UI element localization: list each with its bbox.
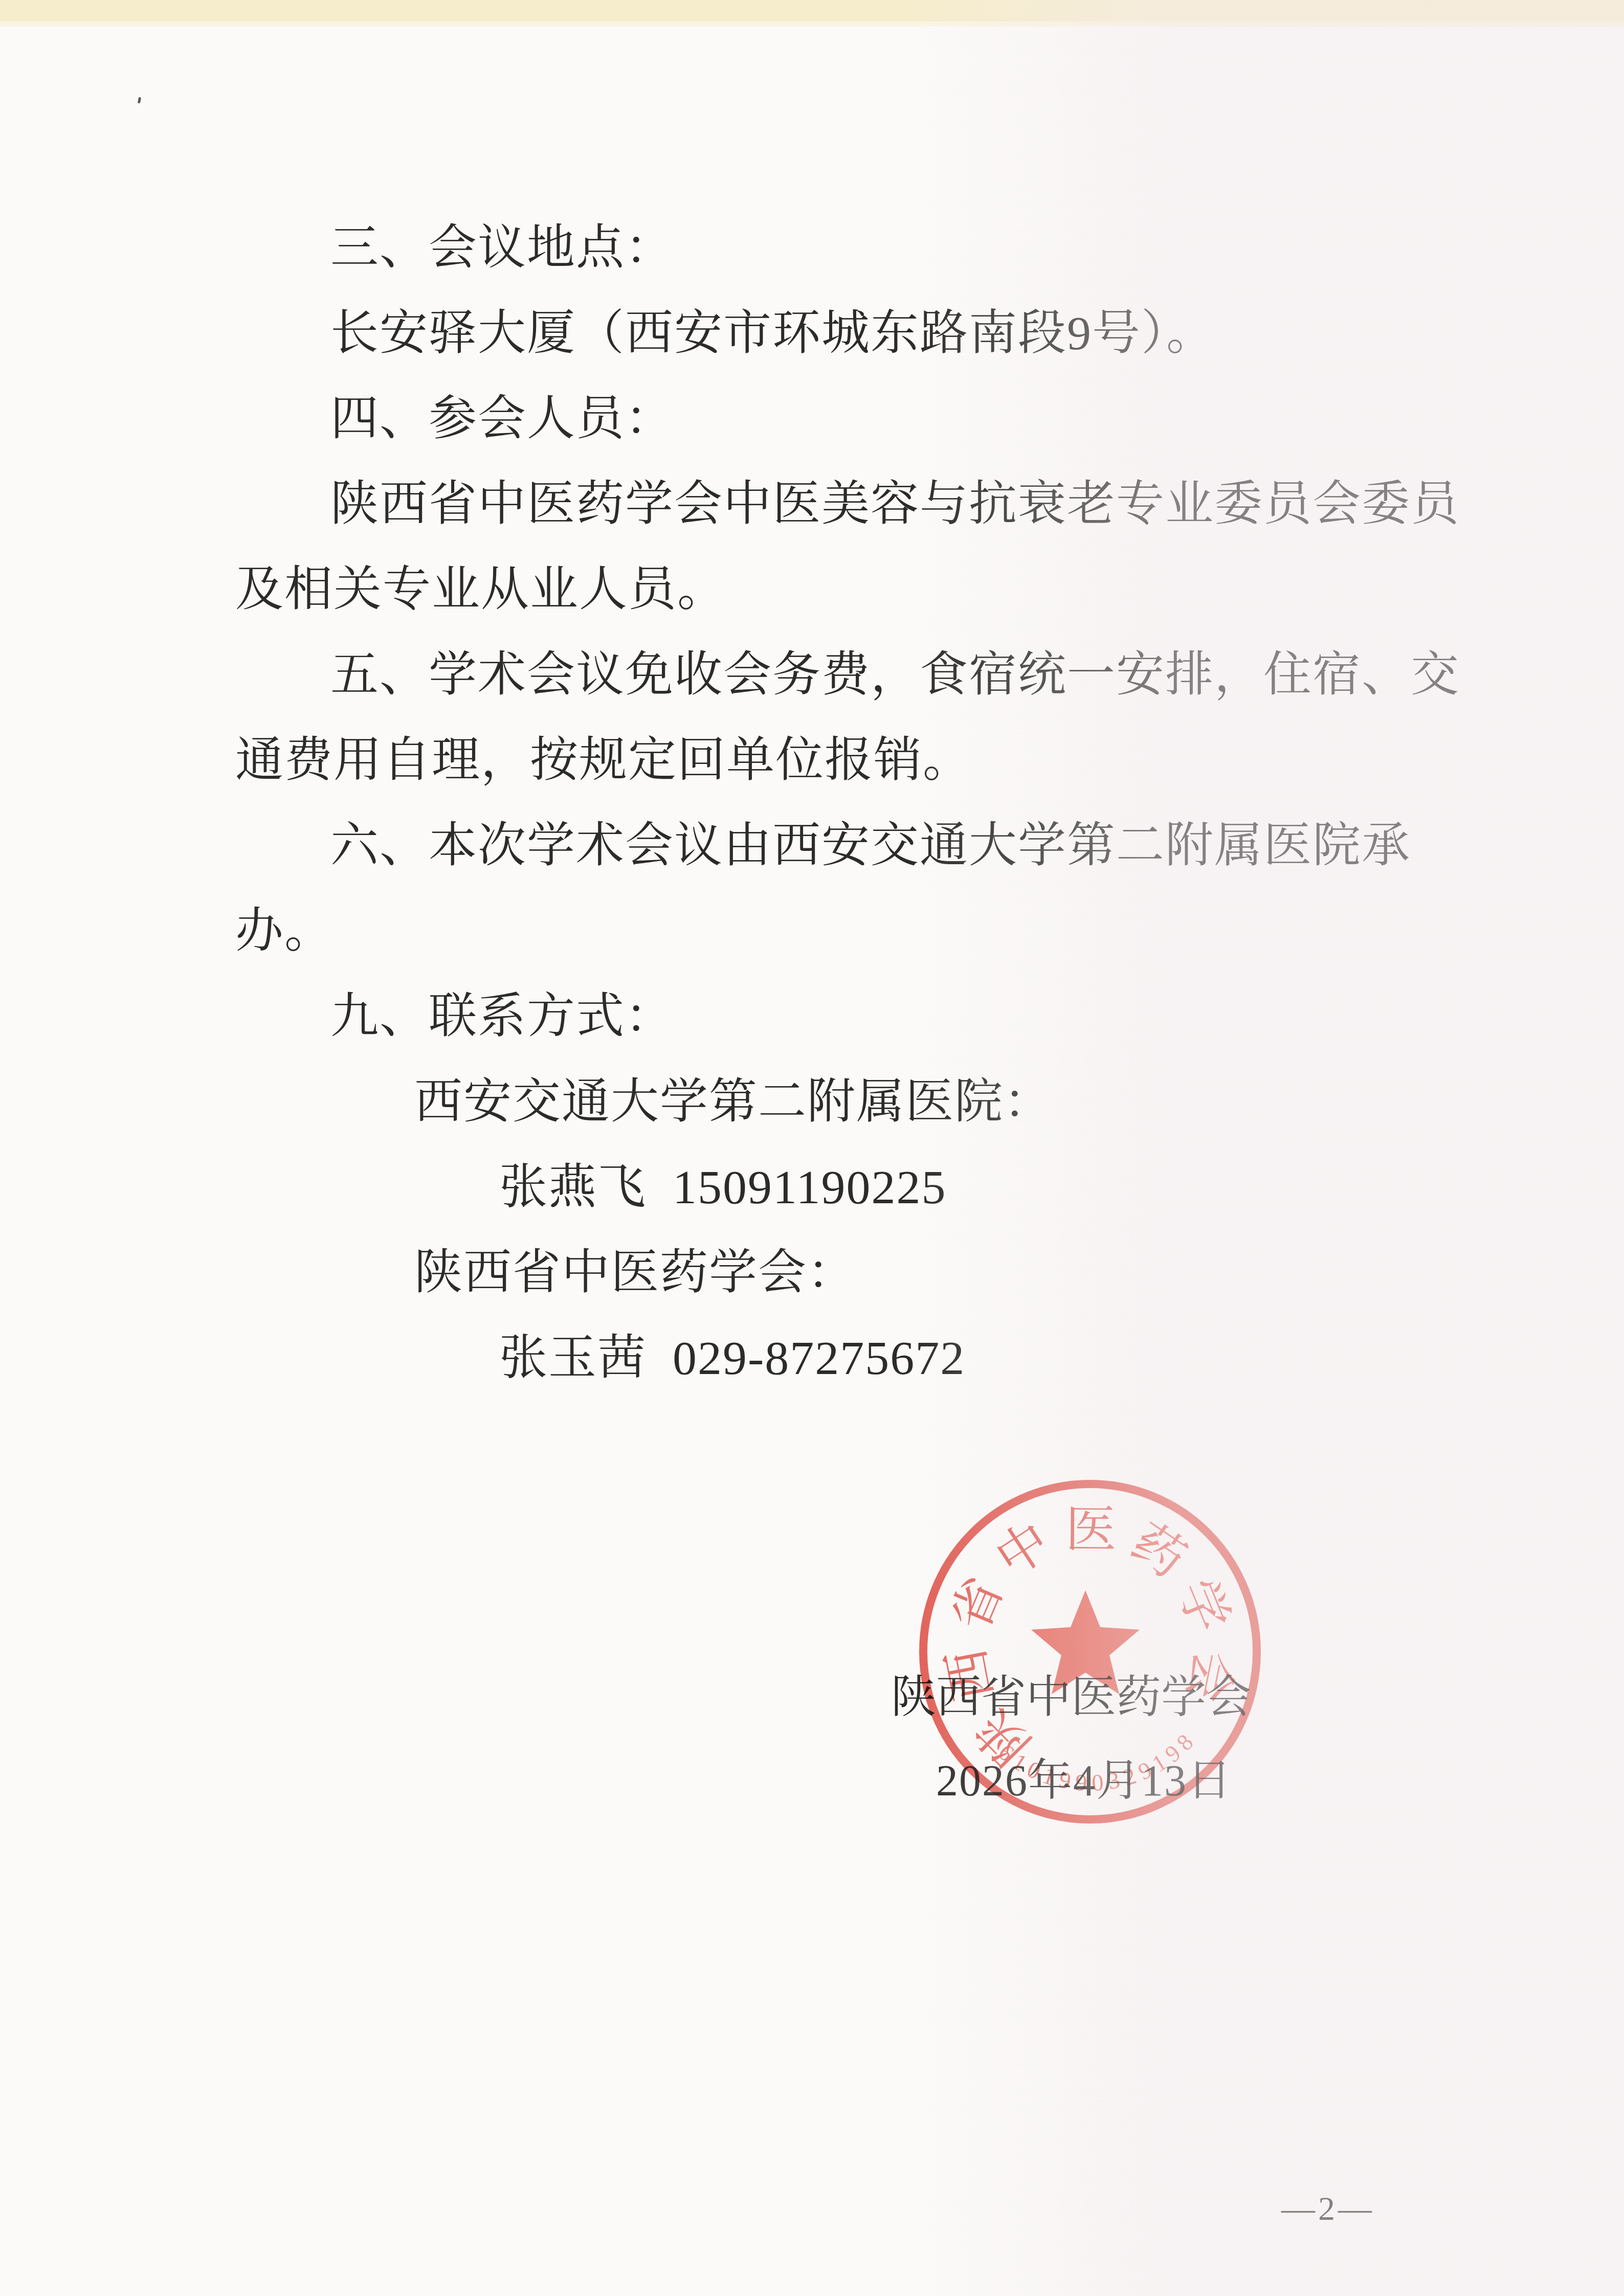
body-line-participants-2: 及相关专业从业人员。	[235, 547, 1396, 633]
body-line-participants-1: 陕西省中医药学会中医美容与抗衰老专业委员会委员	[235, 462, 1396, 547]
scan-edge-band	[0, 0, 1624, 21]
body-line-fees-2: 通费用自理，按规定回单位报销。	[235, 718, 1396, 803]
body-line-contact-org-1: 西安交通大学第二附属医院：	[235, 1060, 1396, 1145]
document-body: 三、会议地点： 长安驿大厦（西安市环城东路南段9号）。 四、参会人员： 陕西省中…	[235, 206, 1396, 1401]
scan-edge-band-fade	[0, 21, 1624, 27]
body-line-organizer-2: 办。	[235, 889, 1396, 974]
body-line-venue: 长安驿大厦（西安市环城东路南段9号）。	[235, 291, 1396, 376]
body-line-contact-org-2: 陕西省中医药学会：	[235, 1230, 1396, 1316]
page-number: —2—	[1281, 2190, 1375, 2229]
body-line-fees-1: 五、学术会议免收会务费，食宿统一安排，住宿、交	[235, 633, 1396, 718]
scan-speck	[138, 97, 141, 104]
seal-star-icon	[1031, 1590, 1140, 1694]
body-line-section-3-heading: 三、会议地点：	[235, 206, 1396, 291]
body-line-organizer-1: 六、本次学术会议由西安交通大学第二附属医院承	[235, 803, 1396, 889]
document-page: 三、会议地点： 长安驿大厦（西安市环城东路南段9号）。 四、参会人员： 陕西省中…	[0, 0, 1624, 2296]
body-line-contact-person-1: 张燕飞 15091190225	[235, 1145, 1396, 1230]
official-red-seal: 陕西省中医药学会 6101990329198	[915, 1476, 1267, 1829]
body-line-contact-heading: 九、联系方式：	[235, 974, 1396, 1060]
body-line-section-4-heading: 四、参会人员：	[235, 376, 1396, 462]
body-line-contact-person-2: 张玉茜 029-87275672	[235, 1316, 1396, 1401]
